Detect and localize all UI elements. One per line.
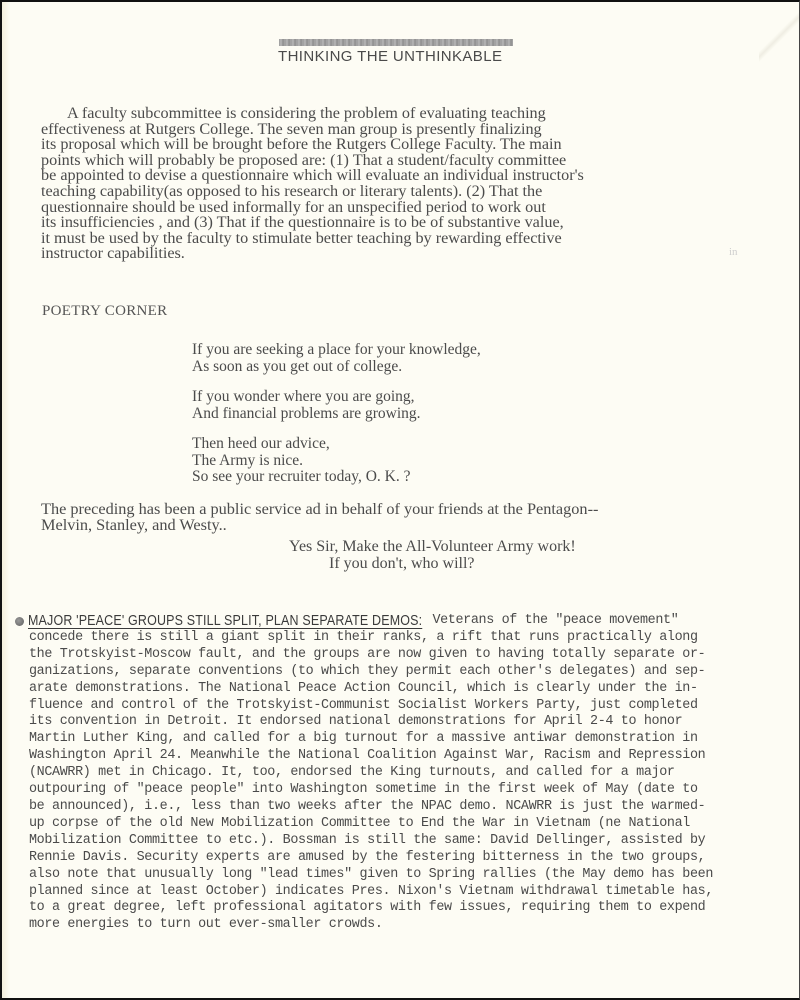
poem-line: The Army is nice. <box>192 453 481 470</box>
poem-line: So see your recruiter today, O. K. ? <box>192 469 481 486</box>
news-line: fluence and control of the Trotskyist-Co… <box>15 698 795 715</box>
poem-line: As soon as you get out of college. <box>192 359 481 376</box>
faculty-section: A faculty subcommittee is considering th… <box>41 106 781 262</box>
poem-line: And financial problems are growing. <box>192 406 481 423</box>
poem-line: If you wonder where you are going, <box>192 389 481 406</box>
news-line: (NCAWRR) met in Chicago. It, too, endors… <box>15 765 795 782</box>
news-line: ganizations, separate conventions (to wh… <box>15 664 795 681</box>
news-line: arate demonstrations. The National Peace… <box>15 681 795 698</box>
bullet-icon <box>15 617 24 626</box>
news-text: Veterans of the "peace movement" <box>432 613 678 630</box>
slogan: Yes Sir, Make the All-Volunteer Army wor… <box>289 538 576 572</box>
poem-stanza: If you are seeking a place for your know… <box>192 342 481 375</box>
poem: If you are seeking a place for your know… <box>192 342 481 500</box>
news-line: concede there is still a giant split in … <box>15 630 795 647</box>
paragraph-line: instructor capabilities. <box>41 246 781 262</box>
news-line: its convention in Detroit. It endorsed n… <box>15 714 795 731</box>
news-line: be announced), i.e., less than two weeks… <box>15 799 795 816</box>
news-line: up corpse of the old New Mobilization Co… <box>15 816 795 833</box>
news-line: Washington April 24. Meanwhile the Natio… <box>15 748 795 765</box>
poetry-corner-heading: POETRY CORNER <box>42 303 167 320</box>
poem-line: Then heed our advice, <box>192 436 481 453</box>
poem-stanza: Then heed our advice, The Army is nice. … <box>192 436 481 486</box>
news-line: planned since at least October) indicate… <box>15 884 795 901</box>
news-first-line: MAJOR 'PEACE' GROUPS STILL SPLIT, PLAN S… <box>15 613 795 630</box>
document-page: THINKING THE UNTHINKABLE A faculty subco… <box>0 0 800 1000</box>
public-service-note: The preceding has been a public service … <box>41 501 800 533</box>
page-title: THINKING THE UNTHINKABLE <box>278 48 502 65</box>
slogan-line: Yes Sir, Make the All-Volunteer Army wor… <box>289 538 576 555</box>
news-line: to a great degree, left professional agi… <box>15 900 795 917</box>
psa-line: Melvin, Stanley, and Westy.. <box>41 517 800 533</box>
news-line: the Trotskyist-Moscow fault, and the gro… <box>15 647 795 664</box>
news-line: more energies to turn out ever-smaller c… <box>15 917 795 934</box>
margin-mark: in <box>729 246 738 258</box>
poem-line: If you are seeking a place for your know… <box>192 342 481 359</box>
news-line: Rennie Davis. Security experts are amuse… <box>15 850 795 867</box>
news-line: also note that unusually long "lead time… <box>15 867 795 884</box>
poem-stanza: If you wonder where you are going, And f… <box>192 389 481 422</box>
news-line: Mobilization Committee to etc.). Bossman… <box>15 833 795 850</box>
news-line: Martin Luther King, and called for a big… <box>15 731 795 748</box>
header-rule-bar <box>279 39 513 46</box>
news-headline: MAJOR 'PEACE' GROUPS STILL SPLIT, PLAN S… <box>28 613 422 630</box>
news-line: outpouring of "peace people" into Washin… <box>15 782 795 799</box>
paper-crease <box>759 2 799 72</box>
slogan-line: If you don't, who will? <box>289 555 576 572</box>
news-item: MAJOR 'PEACE' GROUPS STILL SPLIT, PLAN S… <box>15 613 795 934</box>
